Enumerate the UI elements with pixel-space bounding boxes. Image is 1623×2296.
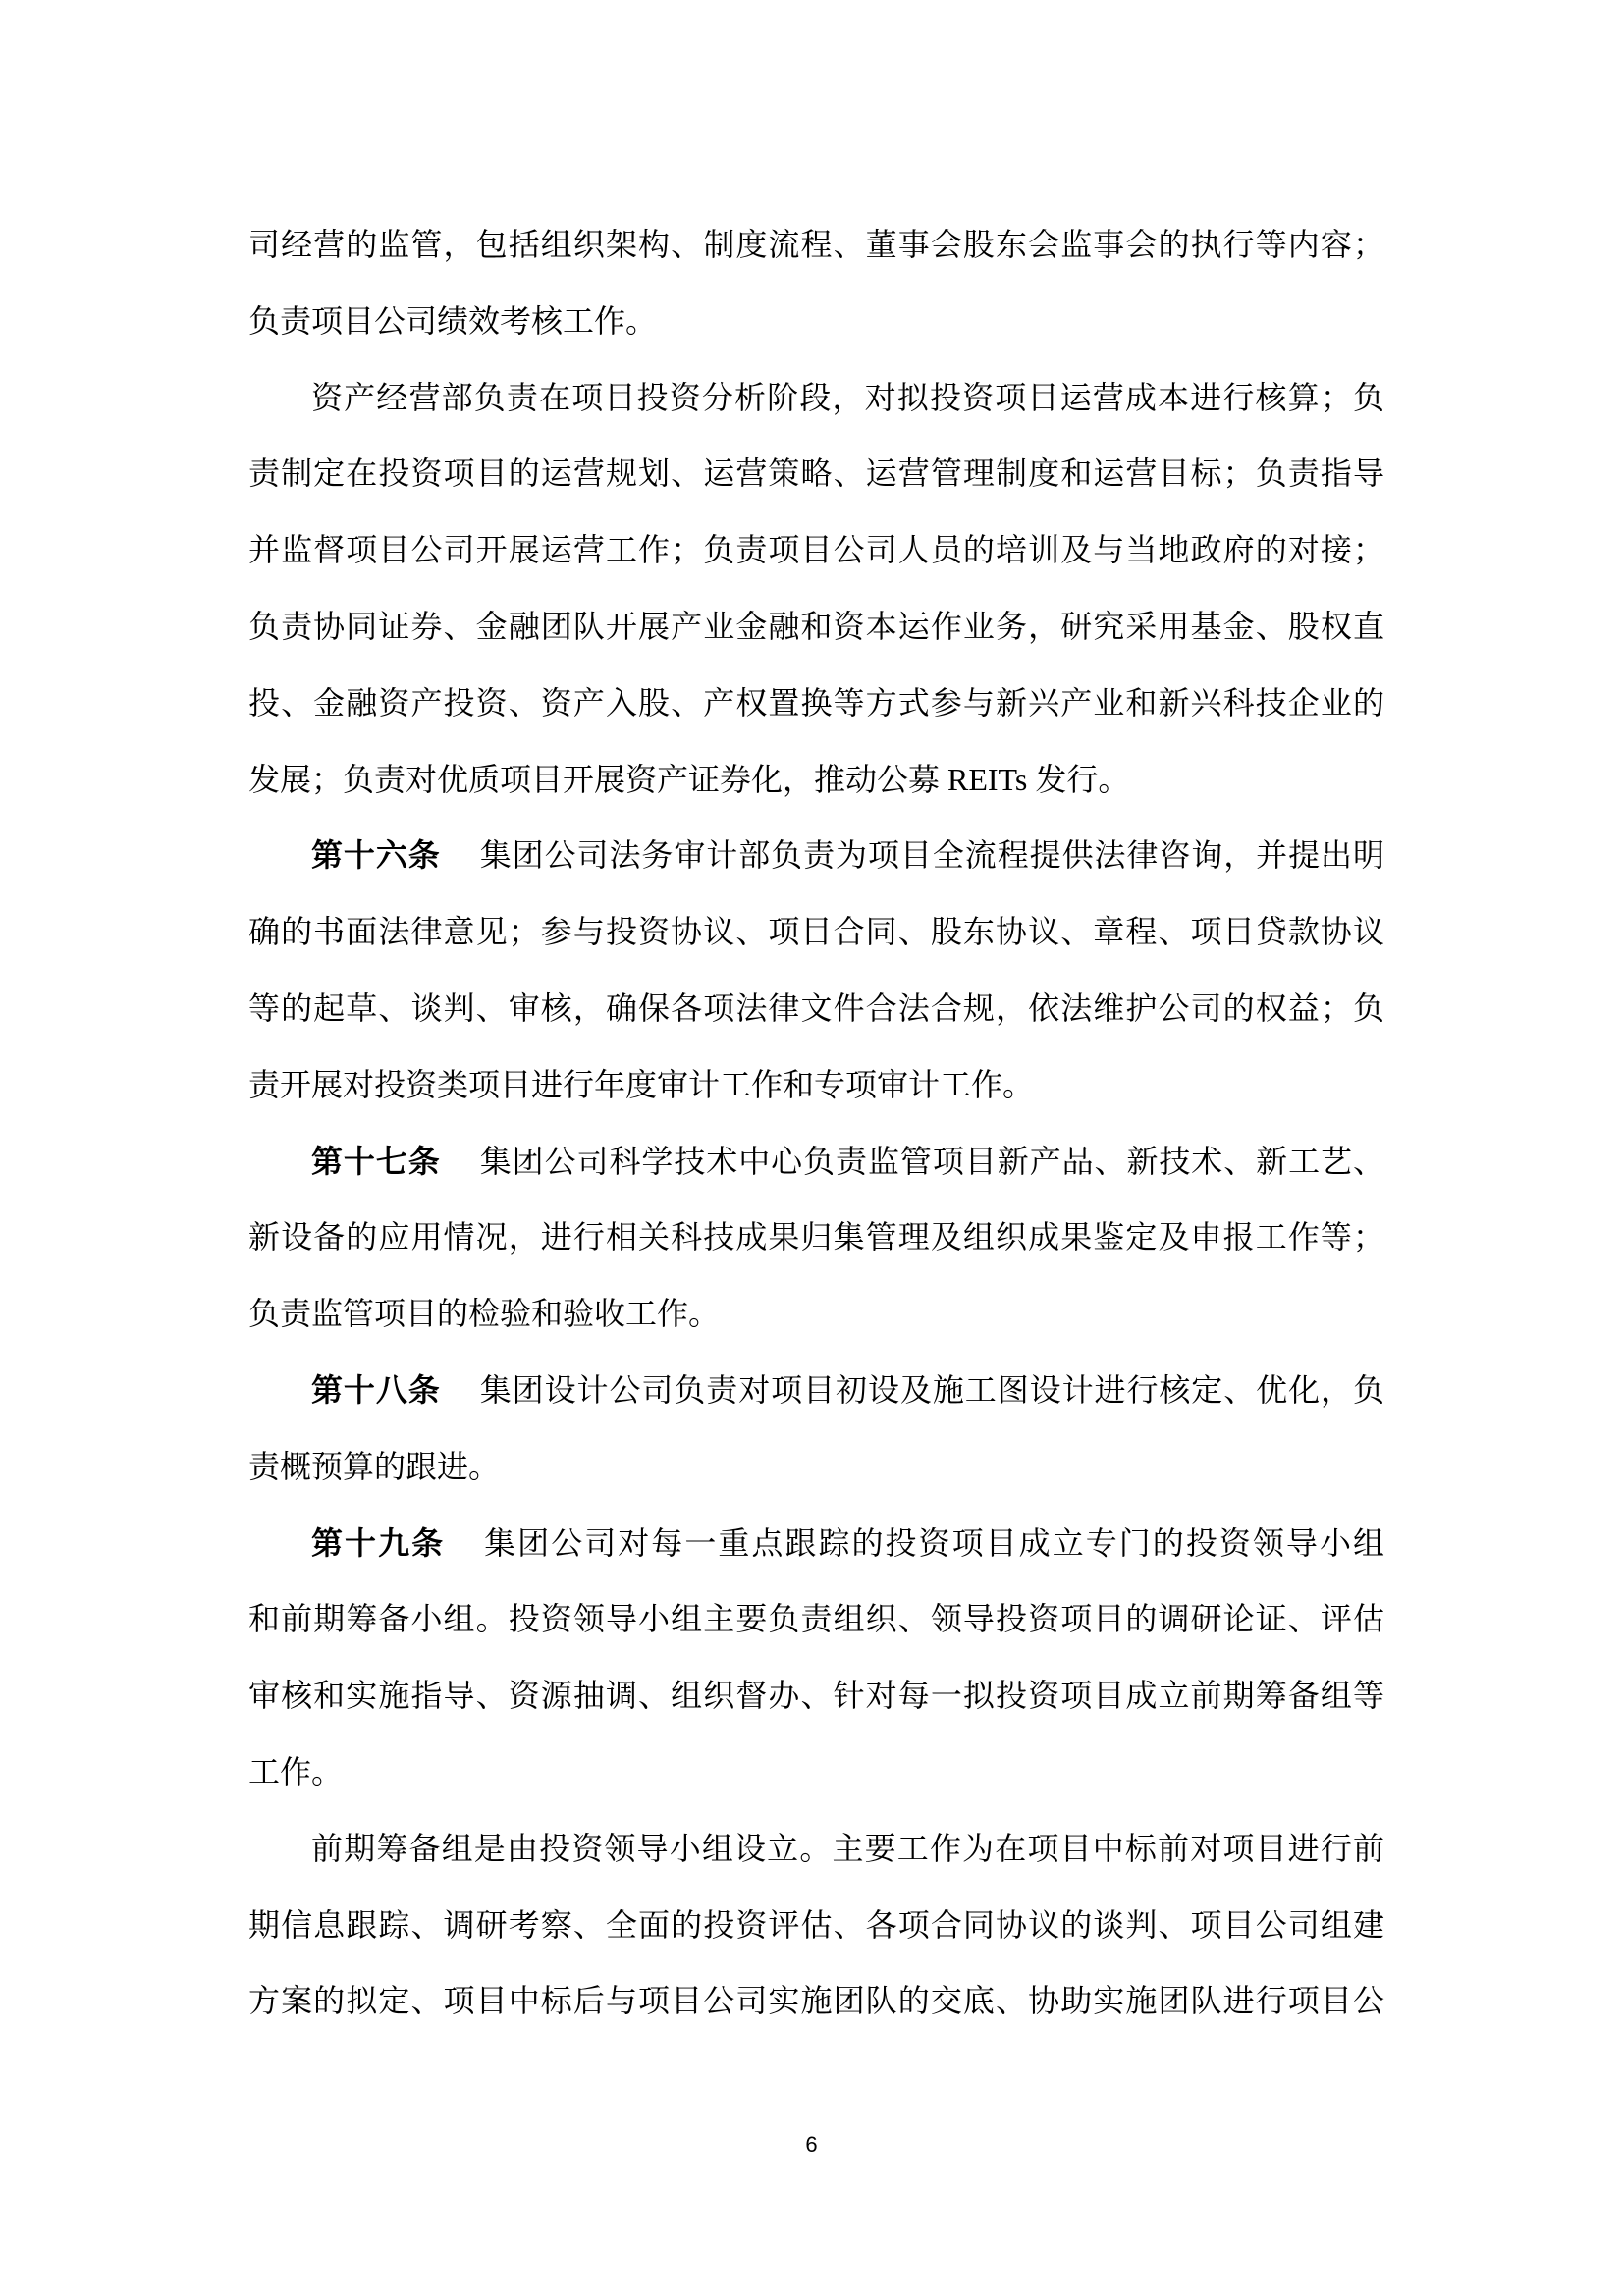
paragraph-continuation: 司经营的监管，包括组织架构、制度流程、董事会股东会监事会的执行等内容； 负责项目… xyxy=(248,207,1384,360)
article-text: 集团设计公司负责对项目初设及施工图设计进行核定、优化，负 xyxy=(480,1372,1384,1408)
text-line: 和前期筹备小组。投资领导小组主要负责组织、领导投资项目的调研论证、评估 xyxy=(248,1581,1384,1658)
paragraph-asset-operations: 资产经营部负责在项目投资分析阶段，对拟投资项目运营成本进行核算；负 责制定在投资… xyxy=(248,360,1384,819)
text-line: 第十六条集团公司法务审计部负责为项目全流程提供法律咨询，并提出明 xyxy=(248,818,1384,894)
text-line: 第十九条集团公司对每一重点跟踪的投资项目成立专门的投资领导小组 xyxy=(248,1506,1384,1582)
article-number: 第十八条 xyxy=(311,1372,441,1408)
text-line: 等的起草、谈判、审核，确保各项法律文件合法合规，依法维护公司的权益；负 xyxy=(248,971,1384,1047)
article-number: 第十九条 xyxy=(311,1525,445,1561)
article-text: 集团公司对每一重点跟踪的投资项目成立专门的投资领导小组 xyxy=(484,1525,1384,1561)
paragraph-article-19: 第十九条集团公司对每一重点跟踪的投资项目成立专门的投资领导小组 和前期筹备小组。… xyxy=(248,1506,1384,1811)
article-number: 第十七条 xyxy=(311,1144,441,1179)
text-line: 第十八条集团设计公司负责对项目初设及施工图设计进行核定、优化，负 xyxy=(248,1353,1384,1429)
text-line: 责概预算的跟进。 xyxy=(248,1429,1384,1506)
text-line: 责制定在投资项目的运营规划、运营策略、运营管理制度和运营目标；负责指导 xyxy=(248,436,1384,512)
text-line: 负责协同证券、金融团队开展产业金融和资本运作业务，研究采用基金、股权直 xyxy=(248,589,1384,666)
text-line: 审核和实施指导、资源抽调、组织督办、针对每一拟投资项目成立前期筹备组等 xyxy=(248,1658,1384,1735)
body-text: 司经营的监管，包括组织架构、制度流程、董事会股东会监事会的执行等内容； 负责项目… xyxy=(248,207,1384,2040)
document-page: 司经营的监管，包括组织架构、制度流程、董事会股东会监事会的执行等内容； 负责项目… xyxy=(0,0,1623,2296)
text-line: 期信息跟踪、调研考察、全面的投资评估、各项合同协议的谈判、项目公司组建 xyxy=(248,1888,1384,1964)
text-line: 确的书面法律意见；参与投资协议、项目合同、股东协议、章程、项目贷款协议 xyxy=(248,894,1384,971)
text-line: 负责项目公司绩效考核工作。 xyxy=(248,284,1384,360)
text-line: 责开展对投资类项目进行年度审计工作和专项审计工作。 xyxy=(248,1047,1384,1124)
paragraph-article-18: 第十八条集团设计公司负责对项目初设及施工图设计进行核定、优化，负 责概预算的跟进… xyxy=(248,1353,1384,1506)
text-line: 资产经营部负责在项目投资分析阶段，对拟投资项目运营成本进行核算；负 xyxy=(248,360,1384,437)
text-line: 新设备的应用情况，进行相关科技成果归集管理及组织成果鉴定及申报工作等； xyxy=(248,1200,1384,1276)
text-line: 发展；负责对优质项目开展资产证券化，推动公募 REITs 发行。 xyxy=(248,742,1384,819)
page-number: 6 xyxy=(0,2132,1623,2158)
paragraph-article-17: 第十七条集团公司科学技术中心负责监管项目新产品、新技术、新工艺、 新设备的应用情… xyxy=(248,1124,1384,1353)
text-line: 方案的拟定、项目中标后与项目公司实施团队的交底、协助实施团队进行项目公 xyxy=(248,1963,1384,2040)
text-line: 投、金融资产投资、资产入股、产权置换等方式参与新兴产业和新兴科技企业的 xyxy=(248,666,1384,742)
text-line: 工作。 xyxy=(248,1735,1384,1811)
article-number: 第十六条 xyxy=(311,837,441,873)
article-text: 集团公司科学技术中心负责监管项目新产品、新技术、新工艺、 xyxy=(480,1144,1384,1179)
text-line: 前期筹备组是由投资领导小组设立。主要工作为在项目中标前对项目进行前 xyxy=(248,1811,1384,1888)
text-line: 并监督项目公司开展运营工作；负责项目公司人员的培训及与当地政府的对接； xyxy=(248,512,1384,589)
text-line: 第十七条集团公司科学技术中心负责监管项目新产品、新技术、新工艺、 xyxy=(248,1124,1384,1201)
text-line: 负责监管项目的检验和验收工作。 xyxy=(248,1276,1384,1353)
text-line: 司经营的监管，包括组织架构、制度流程、董事会股东会监事会的执行等内容； xyxy=(248,207,1384,284)
article-text: 集团公司法务审计部负责为项目全流程提供法律咨询，并提出明 xyxy=(480,837,1384,873)
paragraph-preparatory-group: 前期筹备组是由投资领导小组设立。主要工作为在项目中标前对项目进行前 期信息跟踪、… xyxy=(248,1811,1384,2040)
paragraph-article-16: 第十六条集团公司法务审计部负责为项目全流程提供法律咨询，并提出明 确的书面法律意… xyxy=(248,818,1384,1123)
